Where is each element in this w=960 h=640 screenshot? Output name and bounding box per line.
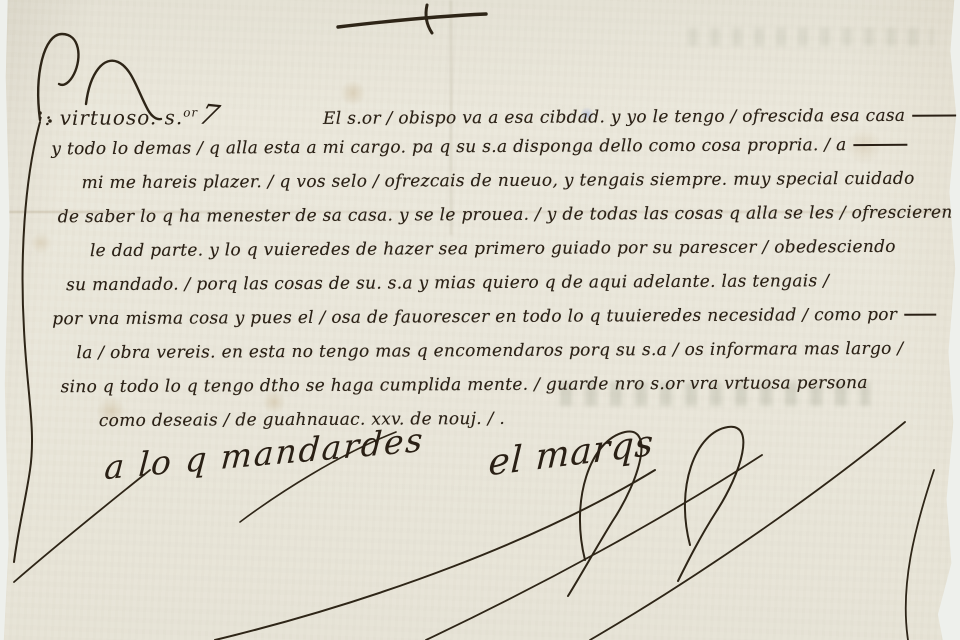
salutation-prefix-mark: ·: — [37, 106, 52, 130]
letter-body: ·: virtuoso. s.or7 El s.or / obispo va a… — [27, 92, 945, 439]
cross-icon — [338, 5, 486, 33]
letter-first-row: ·: virtuoso. s.or7 El s.or / obispo va a… — [27, 92, 943, 133]
photo-backdrop: ·: virtuoso. s.or7 El s.or / obispo va a… — [0, 0, 960, 640]
manuscript-line: como deseais / de guahnauac. xxv. de nou… — [99, 400, 945, 438]
manuscript-line: sino q todo lo q tengo dtho se haga cump… — [61, 366, 945, 405]
ink-bleed-through — [688, 28, 933, 46]
salutation-text: virtuoso. s. — [52, 105, 183, 130]
manuscript-paper: ·: virtuoso. s.or7 El s.or / obispo va a… — [0, 0, 960, 640]
manuscript-line: mi me hareis plazer. / q vos selo / ofre… — [81, 162, 943, 201]
manuscript-line: de saber lo q ha menester de sa casa. y … — [58, 196, 944, 235]
manuscript-line: por vna misma cosa y pues el / osa de fa… — [52, 298, 944, 337]
manuscript-line: le dad parte. y lo q vuieredes de hazer … — [90, 230, 944, 268]
salutation-paraph: 7 — [195, 98, 224, 133]
manuscript-line: su mandado. / porq las cosas de su. s.a … — [66, 264, 944, 303]
manuscript-line: y todo lo demas / q alla esta a mi cargo… — [51, 128, 943, 167]
salutation-superscript: or — [183, 106, 198, 120]
manuscript-line: la / obra vereis. en esta no tengo mas q… — [76, 332, 944, 371]
letter-closing: a lo q mandardes el marqs — [104, 436, 864, 472]
salutation: ·: virtuoso. s.or7 — [37, 95, 219, 135]
